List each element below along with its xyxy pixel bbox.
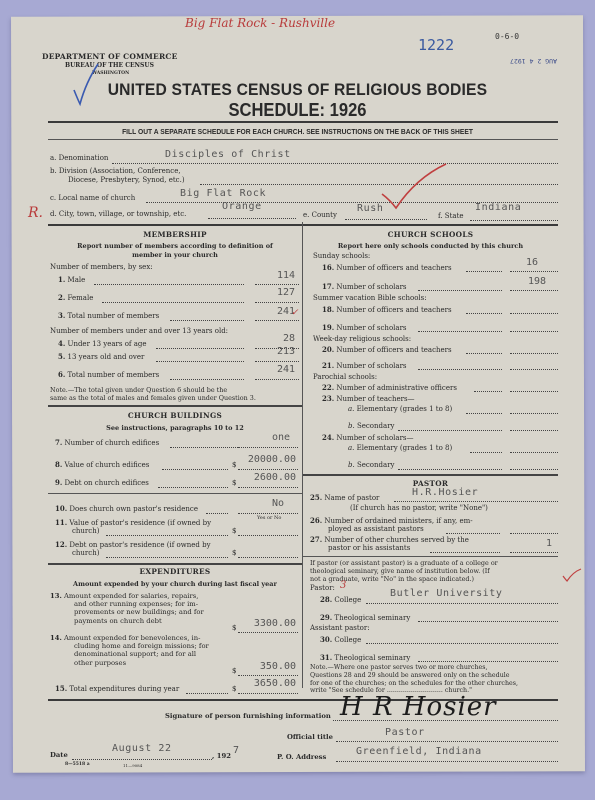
fill-instruction: FILL OUT A SEPARATE SCHEDULE FOR EACH CH… <box>24 127 571 136</box>
divider <box>303 474 558 476</box>
year-suffix: 7 <box>233 745 240 756</box>
denomination-value: Disciples of Christ <box>165 149 291 160</box>
local-name-label: c. Local name of church <box>50 194 135 202</box>
q24b-label: b. Secondary <box>348 461 395 469</box>
leader-dots <box>170 447 244 448</box>
parochial-schools-label: Parochial schools: <box>313 373 377 381</box>
pastor-mark: 3 <box>340 580 346 591</box>
leader-dots <box>94 284 244 285</box>
q9-field[interactable] <box>238 487 298 488</box>
q10-field[interactable] <box>238 513 298 514</box>
q28-field[interactable] <box>366 603 558 604</box>
q18-field[interactable] <box>510 313 558 314</box>
leader-dots <box>186 693 228 694</box>
q20-label: 20. Number of officers and teachers <box>322 345 452 354</box>
checkmark-icon <box>380 162 450 212</box>
city-field[interactable] <box>208 218 296 219</box>
leader-dots <box>418 369 502 370</box>
q29-label: 29. Theological seminary <box>320 613 410 622</box>
po-address-value: Greenfield, Indiana <box>356 746 482 757</box>
pastor-subsection-label: Pastor: <box>310 584 335 592</box>
expenditures-heading: EXPENDITURES <box>48 567 302 576</box>
date-field[interactable] <box>72 759 212 760</box>
q5-field[interactable] <box>255 361 299 362</box>
leader-dots <box>162 469 228 470</box>
state-field[interactable] <box>470 220 558 221</box>
leader-dots <box>398 430 502 431</box>
pastor-note: Note.—Where one pastor serves two or mor… <box>310 664 562 695</box>
divider <box>48 121 558 123</box>
q17-field[interactable] <box>510 290 558 291</box>
leader-dots <box>418 290 502 291</box>
divider <box>48 139 558 140</box>
leader-dots <box>466 271 502 272</box>
leader-dots <box>470 452 502 453</box>
q4-label: 4. Under 13 years of age <box>58 339 147 348</box>
q13-value: 3300.00 <box>236 618 296 629</box>
members-by-age-label: Number of members under and over 13 year… <box>50 327 228 335</box>
membership-heading: MEMBERSHIP <box>48 230 302 239</box>
state-value: Indiana <box>475 202 521 213</box>
q23a-field[interactable] <box>510 413 558 414</box>
q24b-field[interactable] <box>510 469 558 470</box>
q15-label: 15. Total expenditures during year <box>55 684 179 693</box>
q10-label: 10. Does church own pastor's residence <box>55 504 198 513</box>
q6-label: 6. Total number of members <box>58 370 159 379</box>
sunday-schools-label: Sunday schools: <box>313 252 370 260</box>
q12-field[interactable] <box>238 557 298 558</box>
signature-value: H R Hosier <box>340 692 497 722</box>
q30-label: 30. College <box>320 635 361 644</box>
serial-number: 1222 <box>418 36 454 54</box>
leader-dots <box>106 557 228 558</box>
leader-dots <box>156 361 244 362</box>
q23-label: 23. Number of teachers— <box>322 394 415 403</box>
leader-dots <box>158 487 228 488</box>
divider <box>48 224 558 226</box>
q16-field[interactable] <box>510 271 558 272</box>
leader-dots <box>106 535 228 536</box>
leader-dots <box>102 302 244 303</box>
date-label: Date <box>50 751 68 759</box>
q14-field[interactable] <box>238 675 298 676</box>
form-title: UNITED STATES CENSUS OF RELIGIOUS BODIES <box>24 80 571 100</box>
q11-currency: $ <box>232 527 236 535</box>
q3-field[interactable] <box>255 320 299 321</box>
q25-hint: (If church has no pastor, write "None") <box>350 504 488 512</box>
q23b-label: b. Secondary <box>348 422 395 430</box>
q31-label: 31. Theological seminary <box>320 653 410 662</box>
q12-label: 12. Debt on pastor's residence (if owned… <box>55 540 211 549</box>
q5-value: 213 <box>255 346 295 357</box>
q25-field[interactable] <box>394 501 558 502</box>
q14-label: 14. Amount expended for benevolences, in… <box>50 634 230 667</box>
department-name: DEPARTMENT OF COMMERCE <box>42 52 178 61</box>
q16-value: 16 <box>510 257 538 268</box>
summer-schools-label: Summer vacation Bible schools: <box>313 294 427 302</box>
buildings-subheading: See instructions, paragraphs 10 to 12 <box>48 424 302 432</box>
q19-label: 19. Number of scholars <box>322 323 407 332</box>
q10-value: No <box>238 498 284 509</box>
form-number: 8—5518 a <box>65 762 90 767</box>
q24a-label: a. Elementary (grades 1 to 8) <box>348 444 452 452</box>
city-label: d. City, town, village, or township, etc… <box>50 210 186 218</box>
form-subtitle: SCHEDULE: 1926 <box>24 100 571 121</box>
division-field[interactable] <box>200 184 558 185</box>
q13-field[interactable] <box>238 632 298 633</box>
q2-value: 127 <box>255 287 295 298</box>
q26-label-2: ployed as assistant pastors <box>328 525 424 533</box>
q4-value: 28 <box>255 333 295 344</box>
local-name-value: Big Flat Rock <box>180 188 266 199</box>
members-by-sex-label: Number of members, by sex: <box>50 263 153 271</box>
division-label-1: b. Division (Association, Conference, <box>50 167 181 175</box>
q12-currency: $ <box>232 549 236 557</box>
q21-field[interactable] <box>510 369 558 370</box>
q11-field[interactable] <box>238 535 298 536</box>
po-address-label: P. O. Address <box>277 753 326 761</box>
official-title-label: Official title <box>287 733 333 741</box>
q20-field[interactable] <box>510 353 558 354</box>
q24-label: 24. Number of scholars— <box>322 433 414 442</box>
county-field[interactable] <box>345 219 427 220</box>
q15-value: 3650.00 <box>236 678 296 689</box>
q6-field[interactable] <box>255 379 299 380</box>
handwritten-location-note: Big Flat Rock - Rushville <box>185 16 335 30</box>
q26-label-1: 26. Number of ordained ministers, if any… <box>310 516 473 525</box>
leader-dots <box>466 413 502 414</box>
q1-value: 114 <box>255 270 295 281</box>
leader-dots <box>430 552 500 553</box>
q12-label-2: church) <box>72 549 99 557</box>
leader-dots <box>466 313 502 314</box>
q17-value: 198 <box>510 276 546 287</box>
q23a-label: a. Elementary (grades 1 to 8) <box>348 405 452 413</box>
year-prefix: , 192 <box>212 752 231 760</box>
buildings-heading: CHURCH BUILDINGS <box>48 411 302 420</box>
q8-value: 20000.00 <box>236 454 296 465</box>
q17-label: 17. Number of scholars <box>322 282 407 291</box>
q26-field[interactable] <box>510 533 558 534</box>
q18-label: 18. Number of officers and teachers <box>322 305 452 314</box>
q8-field[interactable] <box>238 469 298 470</box>
print-number: 11—9084 <box>123 763 142 768</box>
q29-field[interactable] <box>418 621 558 622</box>
q19-field[interactable] <box>510 331 558 332</box>
county-label: e. County <box>303 211 337 219</box>
membership-note: Note.—The total given under Question 6 s… <box>50 386 300 402</box>
q28-value: Butler University <box>390 588 503 599</box>
column-divider <box>302 222 303 688</box>
q31-field[interactable] <box>418 661 558 662</box>
leader-dots <box>474 391 502 392</box>
q28-label: 28. College <box>320 595 361 604</box>
margin-mark: R. <box>28 205 43 221</box>
q21-label: 21. Number of scholars <box>322 361 407 370</box>
leader-dots <box>466 353 502 354</box>
denomination-label: a. Denomination <box>50 154 108 162</box>
q30-field[interactable] <box>366 643 558 644</box>
q2-label: 2. Female <box>58 293 93 302</box>
schools-heading: CHURCH SCHOOLS <box>303 230 558 239</box>
signature-label: Signature of person furnishing informati… <box>165 712 331 720</box>
q7-value: one <box>238 432 290 443</box>
q14-value: 350.00 <box>236 661 296 672</box>
q15-field[interactable] <box>238 693 298 694</box>
membership-subheading-1: Report number of members according to de… <box>48 242 302 250</box>
q24a-field[interactable] <box>510 452 558 453</box>
received-date-stamp: AUG 2 4 1927 <box>510 57 557 65</box>
divider <box>48 493 302 494</box>
q1-label: 1. Male <box>58 275 85 284</box>
q2-field[interactable] <box>255 302 299 303</box>
weekday-schools-label: Week-day religious schools: <box>313 335 411 343</box>
q27-value: 1 <box>510 538 552 549</box>
q13-label: 13. Amount expended for salaries, repair… <box>50 592 230 625</box>
divider <box>303 556 558 557</box>
leader-dots <box>170 320 244 321</box>
q7-label: 7. Number of church edifices <box>55 438 159 447</box>
official-title-field[interactable] <box>336 741 558 742</box>
q8-label: 8. Value of church edifices <box>55 460 149 469</box>
checkmark-icon <box>562 568 582 582</box>
date-value: August 22 <box>112 743 172 754</box>
leader-dots <box>156 348 244 349</box>
division-label-2: Diocese, Presbytery, Synod, etc.) <box>68 176 185 184</box>
leader-dots <box>206 513 228 514</box>
q25-label: 25. Name of pastor <box>310 493 379 502</box>
q6-value: 241 <box>255 364 295 375</box>
expenditures-subheading: Amount expended by your church during la… <box>48 580 302 588</box>
q11-label-2: church) <box>72 527 99 535</box>
schools-subheading: Report here only schools conducted by th… <box>303 242 558 250</box>
q22-label: 22. Number of administrative officers <box>322 383 457 392</box>
official-title-value: Pastor <box>385 727 425 738</box>
form-code: 0-6-0 <box>495 32 519 41</box>
q7-field[interactable] <box>238 447 298 448</box>
denomination-field[interactable] <box>112 163 558 164</box>
q10-hint: Yes or No <box>257 515 281 521</box>
leader-dots <box>170 379 244 380</box>
leader-dots <box>446 533 500 534</box>
po-address-field[interactable] <box>336 761 558 762</box>
assistant-pastor-label: Assistant pastor: <box>310 624 370 632</box>
divider <box>48 405 302 407</box>
q25-value: H.R.Hosier <box>412 487 478 498</box>
q22-field[interactable] <box>510 391 558 392</box>
q9-label: 9. Debt on church edifices <box>55 478 149 487</box>
q1-field[interactable] <box>255 284 299 285</box>
q9-value: 2600.00 <box>236 472 296 483</box>
q27-field[interactable] <box>510 552 558 553</box>
graduate-note: If pastor (or assistant pastor) is a gra… <box>310 559 560 583</box>
leader-dots <box>398 469 502 470</box>
check-mark: ✓ <box>291 308 299 318</box>
q3-label: 3. Total number of members <box>58 311 159 320</box>
divider <box>48 563 302 565</box>
q27-label-2: pastor or his assistants <box>328 544 410 552</box>
q27-label-1: 27. Number of other churches served by t… <box>310 535 469 544</box>
q16-label: 16. Number of officers and teachers <box>322 263 452 272</box>
q11-label: 11. Value of pastor's residence (if owne… <box>55 518 211 527</box>
leader-dots <box>418 331 502 332</box>
q3-value: 241 <box>255 306 295 317</box>
q23b-field[interactable] <box>510 430 558 431</box>
q5-label: 5. 13 years old and over <box>58 352 144 361</box>
city-value: Orange <box>222 201 262 212</box>
membership-subheading-2: member in your church <box>48 251 302 259</box>
state-label: f. State <box>438 212 464 220</box>
